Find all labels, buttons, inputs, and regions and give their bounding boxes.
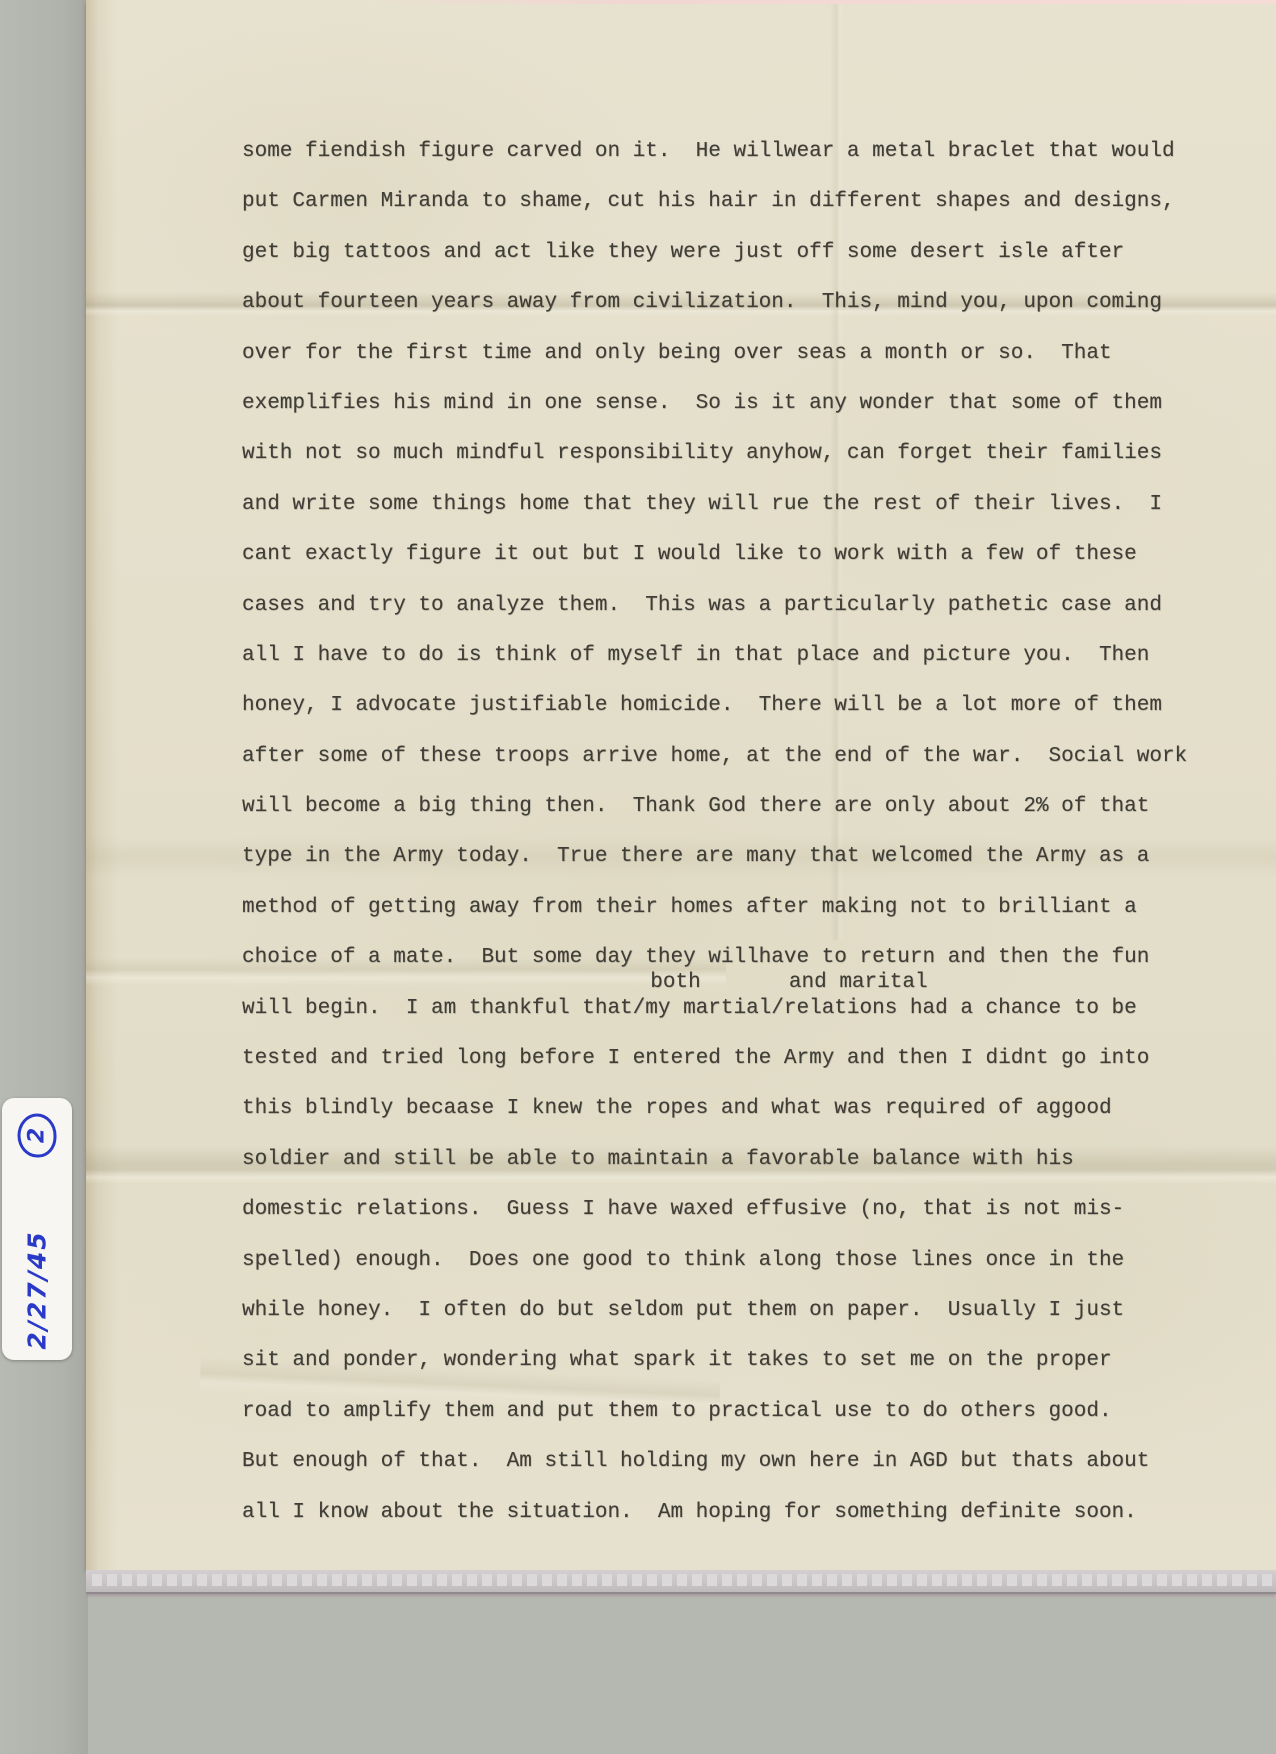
typewritten-line: and write some things home that they wil…: [242, 480, 1187, 530]
typewritten-line: domestic relations. Guess I have waxed e…: [242, 1185, 1187, 1235]
typewritten-line: this blindly becaase I knew the ropes an…: [242, 1084, 1187, 1134]
typewritten-line: But enough of that. Am still holding my …: [242, 1437, 1187, 1487]
typewritten-line: spelled) enough. Does one good to think …: [242, 1236, 1187, 1286]
handwritten-date: 2/27/45: [23, 1230, 52, 1349]
typewritten-line: while honey. I often do but seldom put t…: [242, 1286, 1187, 1336]
typewritten-line: all I know about the situation. Am hopin…: [242, 1488, 1187, 1538]
typewritten-line: over for the first time and only being o…: [242, 329, 1187, 379]
typewritten-line: will begin. I am thankful that/my martia…: [242, 984, 1187, 1034]
typewritten-line: sit and ponder, wondering what spark it …: [242, 1336, 1187, 1386]
typewritten-line: about fourteen years away from civilizat…: [242, 278, 1187, 328]
typewritten-line: road to amplify them and put them to pra…: [242, 1387, 1187, 1437]
typewritten-line: after some of these troops arrive home, …: [242, 732, 1187, 782]
scanned-letter-photo: some fiendish figure carved on it. He wi…: [0, 0, 1276, 1754]
typewritten-line: soldier and still be able to maintain a …: [242, 1135, 1187, 1185]
typewritten-line: all I have to do is think of myself in t…: [242, 631, 1187, 681]
typewritten-line: cases and try to analyze them. This was …: [242, 581, 1187, 631]
typewritten-line: put Carmen Miranda to shame, cut his hai…: [242, 177, 1187, 227]
typewritten-line: honey, I advocate justifiable homicide. …: [242, 681, 1187, 731]
perforation-holes: [90, 1574, 1276, 1586]
typewritten-line: some fiendish figure carved on it. He wi…: [242, 127, 1187, 177]
typewritten-line: will become a big thing then. Thank God …: [242, 782, 1187, 832]
sheet-protector-perforated-edge: [86, 1570, 1276, 1594]
typewritten-text: some fiendish figure carved on it. He wi…: [242, 127, 1187, 1538]
typewritten-line: get big tattoos and act like they were j…: [242, 228, 1187, 278]
typewritten-line: method of getting away from their homes …: [242, 883, 1187, 933]
typewritten-line: exemplifies his mind in one sense. So is…: [242, 379, 1187, 429]
page-number-circled: 2: [18, 1114, 57, 1158]
interlinear-insertion: both and marital: [650, 958, 927, 1008]
sleeve-edge-strip: [0, 0, 88, 1754]
typewritten-line: type in the Army today. True there are m…: [242, 832, 1187, 882]
typewritten-line: tested and tried long before I entered t…: [242, 1034, 1187, 1084]
typewritten-line: cant exactly figure it out but I would l…: [242, 530, 1187, 580]
index-sticker: 2 2/27/45: [2, 1098, 72, 1360]
scan-edge-artifact: [360, 0, 1276, 4]
typewritten-line: with not so much mindful responsibility …: [242, 429, 1187, 479]
